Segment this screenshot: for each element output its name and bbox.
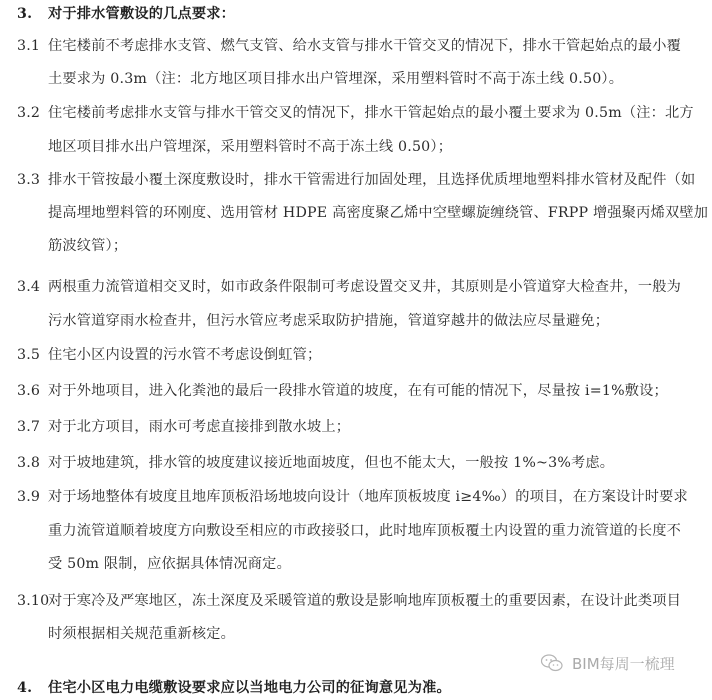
item-text: 时须根据相关规范重新核定。 — [48, 622, 235, 646]
item-number: 3.2 — [17, 101, 40, 125]
item-text: 对于场地整体有坡度且地库顶板沿场地坡向设计（地库顶板坡度 i≥4‰）的项目，在方… — [48, 485, 688, 509]
section-title: 对于排水管敷设的几点要求： — [48, 2, 235, 26]
item-text: 地区项目排水出户管埋深，采用塑料管时不高于冻土线 0.50）； — [48, 135, 452, 159]
item-text: 住宅楼前考虑排水支管与排水干管交叉的情况下，排水干管起始点的最小覆土要求为 0.… — [48, 101, 694, 125]
item-text: 土要求为 0.3m（注：北方地区项目排水出户管埋深，采用塑料管时不高于冻土线 0… — [48, 67, 623, 91]
item-number: 3.6 — [17, 379, 40, 403]
item-text: 受 50m 限制，应依据具体情况商定。 — [48, 552, 291, 576]
item-number: 3.4 — [17, 275, 40, 299]
item-number: 3.8 — [17, 451, 40, 475]
item-text: 排水干管按最小覆土深度敷设时，排水干管需进行加固处理，且选择优质埋地塑料排水管材… — [48, 168, 695, 192]
watermark: BIM每周一梳理 — [540, 651, 675, 675]
item-text: 对于外地项目，进入化粪池的最后一段排水管道的坡度，在有可能的情况下，尽量按 i=… — [48, 379, 668, 403]
item-text: 筋波纹管）； — [48, 234, 127, 258]
item-number: 3.7 — [17, 415, 40, 439]
item-text: 两根重力流管道相交叉时，如市政条件限制可考虑设置交叉井，其原则是小管道穿大检查井… — [48, 275, 681, 299]
section-number: 4. — [17, 676, 32, 700]
item-text: 对于坡地建筑，排水管的坡度建议接近地面坡度，但也不能太大，一般按 1%~3%考虑… — [48, 451, 614, 475]
item-number: 3.1 — [17, 34, 40, 58]
item-number: 3.9 — [17, 485, 40, 509]
section-number: 3. — [17, 2, 32, 26]
item-text: 重力流管道顺着坡度方向敷设至相应的市政接驳口，此时地库顶板覆土内设置的重力流管道… — [48, 519, 681, 543]
item-number: 3.3 — [17, 168, 40, 192]
item-text: 住宅楼前不考虑排水支管、燃气支管、给水支管与排水干管交叉的情况下，排水干管起始点… — [48, 34, 681, 58]
section-title: 住宅小区电力电缆敷设要求应以当地电力公司的征询意见为准。 — [48, 676, 451, 700]
item-text: 提高埋地塑料管的环刚度、选用管材 HDPE 高密度聚乙烯中空壁螺旋缠绕管、FRP… — [48, 201, 708, 225]
item-text: 对于北方项目，雨水可考虑直接排到散水坡上； — [48, 415, 350, 439]
item-number: 3.10 — [17, 589, 49, 613]
item-text: 污水管道穿雨水检查井，但污水管应考虑采取防护措施，管道穿越井的做法应尽量避免； — [48, 309, 609, 333]
item-text: 住宅小区内设置的污水管不考虑设倒虹管； — [48, 343, 321, 367]
item-number: 3.5 — [17, 343, 40, 367]
wechat-icon — [540, 653, 564, 673]
item-text: 对于寒冷及严寒地区，冻土深度及采暖管道的敷设是影响地库顶板覆土的重要因素，在设计… — [48, 589, 681, 613]
watermark-text: BIM每周一梳理 — [572, 653, 675, 674]
